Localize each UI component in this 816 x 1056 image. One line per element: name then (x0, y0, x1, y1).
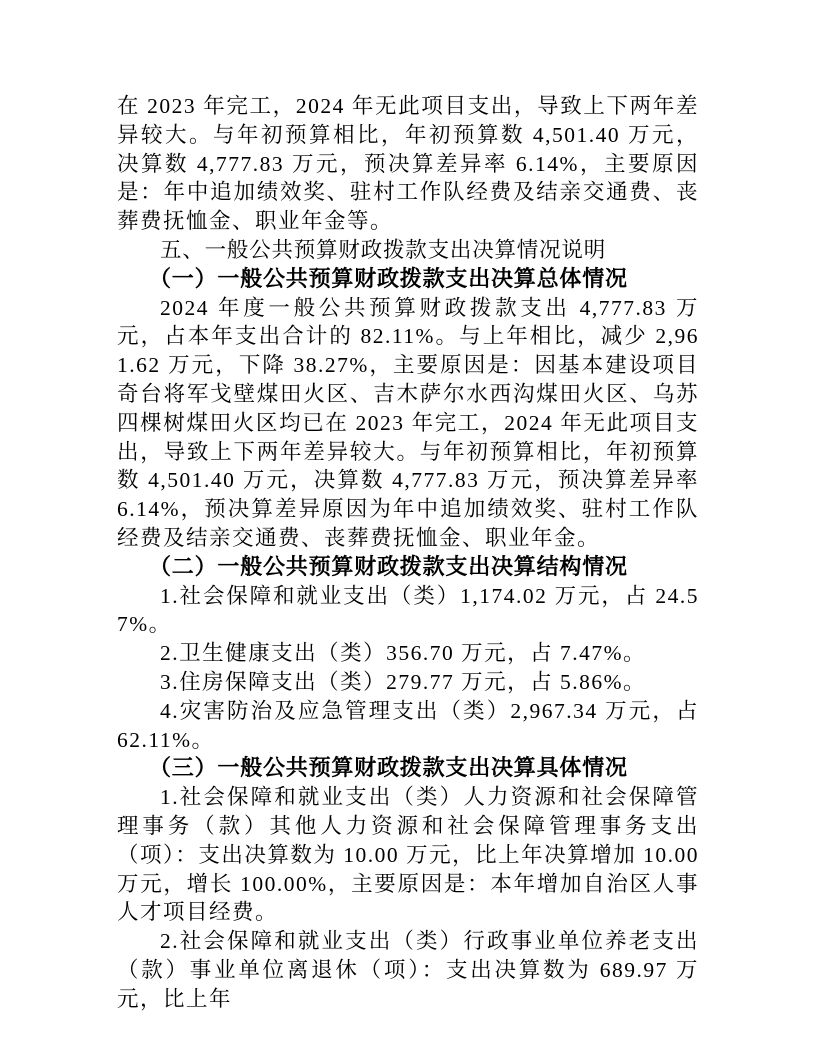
subsection-heading-two: （二）一般公共预算财政拨款支出决算结构情况 (117, 553, 699, 582)
document-page: 在 2023 年完工，2024 年无此项目支出，导致上下两年差异较大。与年初预算… (0, 0, 816, 1056)
structure-item-1: 1.社会保障和就业支出（类）1,174.02 万元，占 24.57%。 (117, 582, 699, 640)
paragraph-overall-situation: 2024 年度一般公共预算财政拨款支出 4,777.83 万元，占本年支出合计的… (117, 294, 699, 553)
structure-item-4: 4.灾害防治及应急管理支出（类）2,967.34 万元，占 62.11%。 (117, 697, 699, 755)
structure-item-2: 2.卫生健康支出（类）356.70 万元，占 7.47%。 (117, 639, 699, 668)
subsection-heading-three: （三）一般公共预算财政拨款支出决算具体情况 (117, 754, 699, 783)
section-heading-five: 五、一般公共预算财政拨款支出决算情况说明 (117, 236, 699, 265)
subsection-heading-one: （一）一般公共预算财政拨款支出决算总体情况 (117, 265, 699, 294)
document-body: 在 2023 年完工，2024 年无此项目支出，导致上下两年差异较大。与年初预算… (117, 92, 699, 1014)
structure-item-3: 3.住房保障支出（类）279.77 万元，占 5.86%。 (117, 668, 699, 697)
paragraph-prior-section-continuation: 在 2023 年完工，2024 年无此项目支出，导致上下两年差异较大。与年初预算… (117, 92, 699, 236)
detail-item-1: 1.社会保障和就业支出（类）人力资源和社会保障管理事务（款）其他人力资源和社会保… (117, 783, 699, 927)
detail-item-2: 2.社会保障和就业支出（类）行政事业单位养老支出（款）事业单位离退休（项）：支出… (117, 927, 699, 1013)
